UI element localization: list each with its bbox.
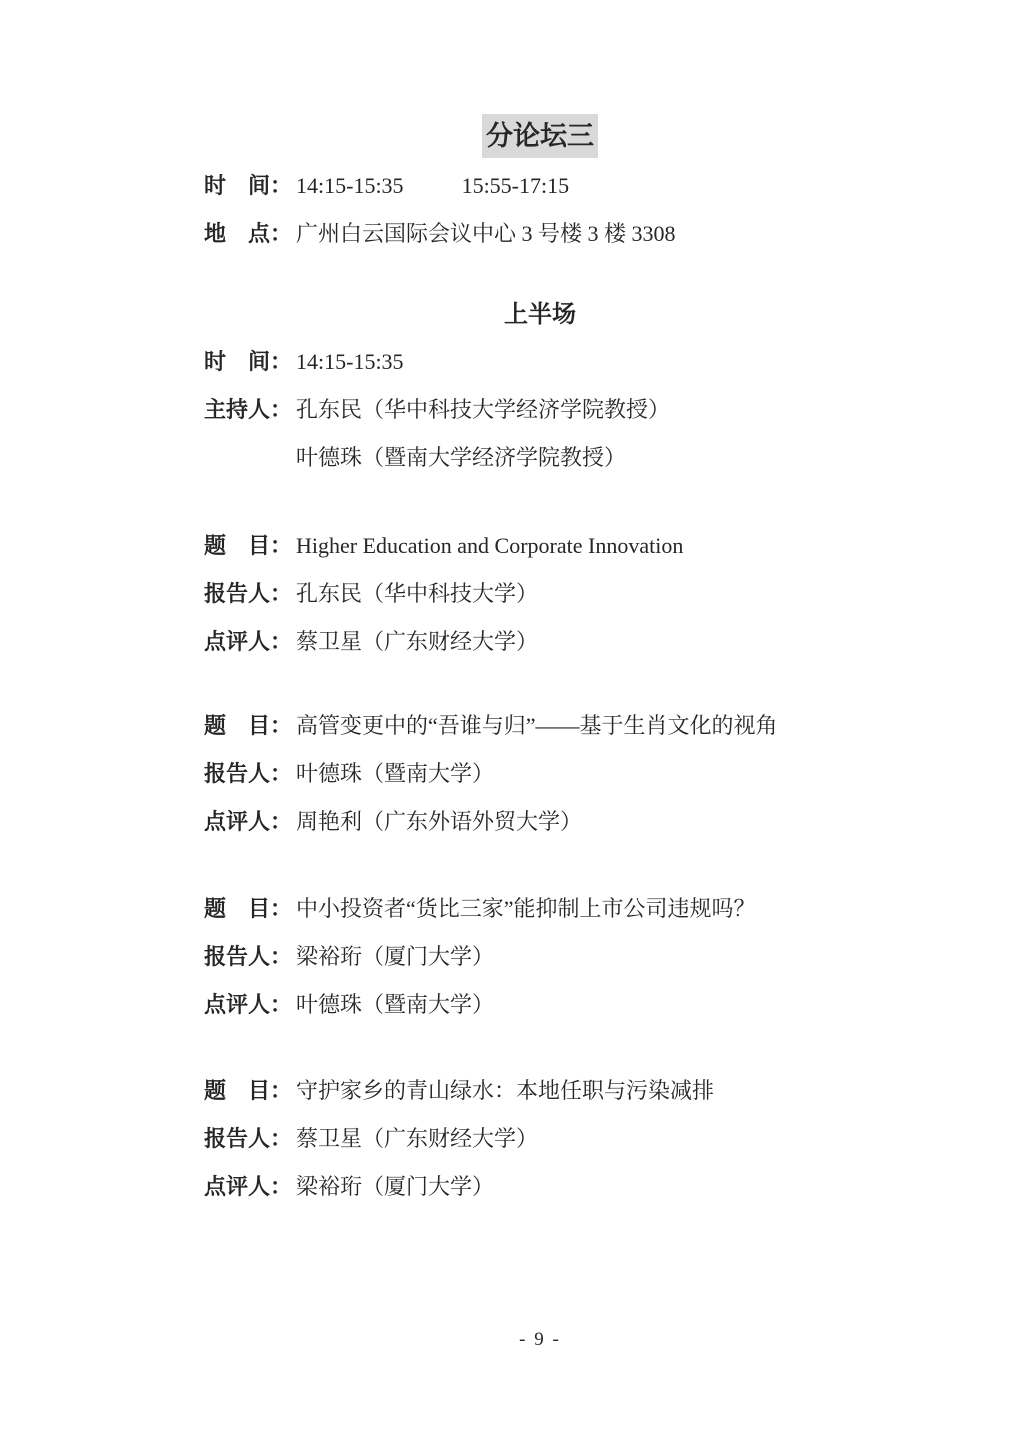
- presenter-row: 报告人： 叶德珠（暨南大学）: [204, 750, 964, 798]
- discussant-name: 蔡卫星（广东财经大学）: [296, 618, 538, 666]
- discussant-name: 梁裕珩（厦门大学）: [296, 1163, 494, 1211]
- title-label: 题 目：: [204, 702, 296, 750]
- discussant-label: 点评人：: [204, 798, 296, 846]
- presenter-row: 报告人： 梁裕珩（厦门大学）: [204, 933, 964, 981]
- presentation-title: 高管变更中的“吾谁与归”——基于生肖文化的视角: [296, 702, 778, 750]
- chair-row-1: 主持人： 孔东民（华中科技大学经济学院教授）: [204, 386, 964, 434]
- presentation-title-row: 题 目： 中小投资者“货比三家”能抑制上市公司违规吗？: [204, 885, 964, 933]
- discussant-label: 点评人：: [204, 981, 296, 1029]
- presenter-row: 报告人： 蔡卫星（广东财经大学）: [204, 1115, 964, 1163]
- presentation-title-row: 题 目： 高管变更中的“吾谁与归”——基于生肖文化的视角: [204, 702, 964, 750]
- discussant-name: 叶德珠（暨南大学）: [296, 981, 494, 1029]
- presentation-block-3: 题 目： 中小投资者“货比三家”能抑制上市公司违规吗？ 报告人： 梁裕珩（厦门大…: [204, 885, 964, 1029]
- presenter-name: 蔡卫星（广东财经大学）: [296, 1115, 538, 1163]
- chair-name-1: 孔东民（华中科技大学经济学院教授）: [296, 386, 670, 434]
- presentation-title: 中小投资者“货比三家”能抑制上市公司违规吗？: [296, 885, 756, 933]
- session-time-row: 时 间： 14:15-15:35: [204, 338, 964, 386]
- session-time-label: 时 间：: [204, 338, 296, 386]
- discussant-row: 点评人： 梁裕珩（厦门大学）: [204, 1163, 964, 1211]
- discussant-row: 点评人： 周艳利（广东外语外贸大学）: [204, 798, 964, 846]
- title-label: 题 目：: [204, 1067, 296, 1115]
- discussant-row: 点评人： 蔡卫星（广东财经大学）: [204, 618, 964, 666]
- presenter-label: 报告人：: [204, 750, 296, 798]
- title-label: 题 目：: [204, 522, 296, 570]
- presentation-block-4: 题 目： 守护家乡的青山绿水：本地任职与污染减排 报告人： 蔡卫星（广东财经大学…: [204, 1067, 964, 1211]
- presentation-title: Higher Education and Corporate Innovatio…: [296, 522, 683, 570]
- discussant-name: 周艳利（广东外语外贸大学）: [296, 798, 582, 846]
- forum-info-block: 时 间： 14:15-15:3515:55-17:15 地 点： 广州白云国际会…: [204, 162, 964, 258]
- time-label: 时 间：: [204, 162, 296, 210]
- forum-title: 分论坛三: [204, 114, 876, 158]
- session-title: 上半场: [204, 297, 876, 333]
- chair-name-2: 叶德珠（暨南大学经济学院教授）: [296, 434, 626, 482]
- presentation-title: 守护家乡的青山绿水：本地任职与污染减排: [296, 1067, 714, 1115]
- presentation-block-2: 题 目： 高管变更中的“吾谁与归”——基于生肖文化的视角 报告人： 叶德珠（暨南…: [204, 702, 964, 846]
- location-value: 广州白云国际会议中心 3 号楼 3 楼 3308: [296, 210, 676, 258]
- presentation-title-row: 题 目： 守护家乡的青山绿水：本地任职与污染减排: [204, 1067, 964, 1115]
- forum-time-row: 时 间： 14:15-15:3515:55-17:15: [204, 162, 964, 210]
- presenter-name: 孔东民（华中科技大学）: [296, 570, 538, 618]
- discussant-label: 点评人：: [204, 1163, 296, 1211]
- discussant-row: 点评人： 叶德珠（暨南大学）: [204, 981, 964, 1029]
- forum-location-row: 地 点： 广州白云国际会议中心 3 号楼 3 楼 3308: [204, 210, 964, 258]
- presenter-label: 报告人：: [204, 570, 296, 618]
- session-info-block: 时 间： 14:15-15:35 主持人： 孔东民（华中科技大学经济学院教授） …: [204, 338, 964, 482]
- chair-row-2: 叶德珠（暨南大学经济学院教授）: [204, 434, 964, 482]
- presentation-title-row: 题 目： Higher Education and Corporate Inno…: [204, 522, 964, 570]
- time-values: 14:15-15:3515:55-17:15: [296, 162, 569, 210]
- presenter-label: 报告人：: [204, 933, 296, 981]
- session-time-value: 14:15-15:35: [296, 338, 404, 386]
- presenter-row: 报告人： 孔东民（华中科技大学）: [204, 570, 964, 618]
- document-page: 分论坛三 时 间： 14:15-15:3515:55-17:15 地 点： 广州…: [0, 0, 1024, 1448]
- presenter-name: 梁裕珩（厦门大学）: [296, 933, 494, 981]
- location-label: 地 点：: [204, 210, 296, 258]
- title-label: 题 目：: [204, 885, 296, 933]
- forum-title-text: 分论坛三: [482, 114, 598, 158]
- page-number: - 9 -: [204, 1326, 876, 1354]
- presenter-name: 叶德珠（暨南大学）: [296, 750, 494, 798]
- presenter-label: 报告人：: [204, 1115, 296, 1163]
- chair-label: 主持人：: [204, 386, 296, 434]
- time-value-2: 15:55-17:15: [462, 173, 570, 198]
- discussant-label: 点评人：: [204, 618, 296, 666]
- presentation-block-1: 题 目： Higher Education and Corporate Inno…: [204, 522, 964, 666]
- time-value-1: 14:15-15:35: [296, 173, 404, 198]
